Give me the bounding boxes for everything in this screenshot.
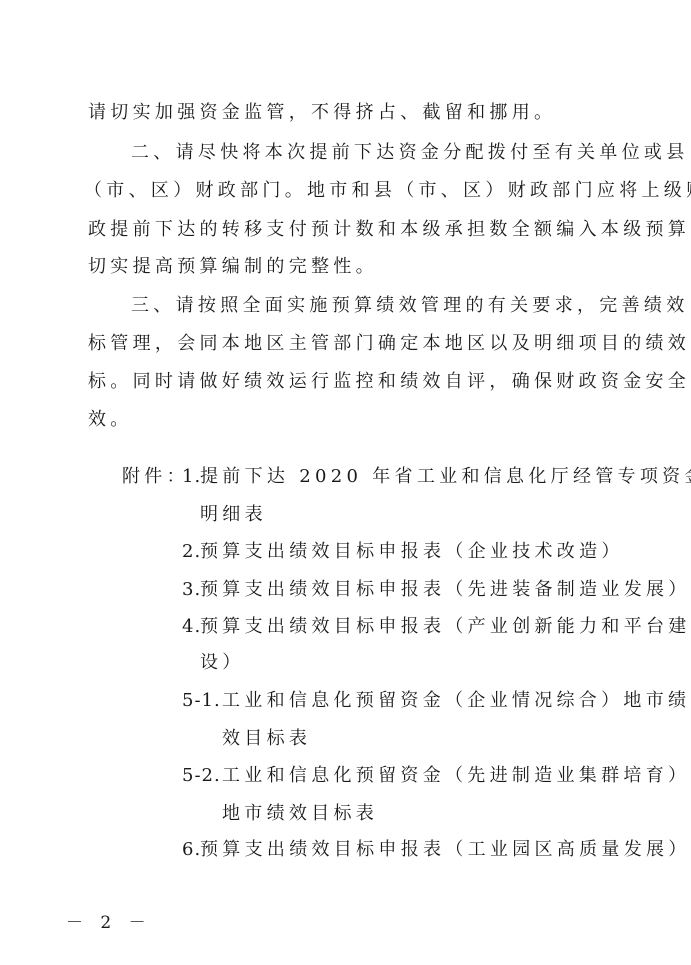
- body-line: 标管理，会同本地区主管部门确定本地区以及明细项目的绩效目: [88, 333, 691, 355]
- attachment-number[interactable]: 5-1.: [182, 690, 221, 712]
- attachment-number[interactable]: 4.: [182, 616, 201, 638]
- document-page: 请切实加强资金监管，不得挤占、截留和挪用。 二、请尽快将本次提前下达资金分配拨付…: [0, 0, 691, 965]
- attachment-item-3[interactable]: 预算支出绩效目标申报表（先进装备制造业发展）: [200, 579, 691, 601]
- body-line: 效。: [88, 409, 133, 431]
- attachments-label: 附件：: [122, 466, 189, 488]
- body-line: 切实提高预算编制的完整性。: [88, 256, 378, 278]
- body-line: 请切实加强资金监管，不得挤占、截留和挪用。: [88, 102, 556, 124]
- attachment-item-5-1[interactable]: 工业和信息化预留资金（企业情况综合）地市绩: [222, 690, 690, 712]
- attachment-item-4-cont[interactable]: 设）: [200, 652, 245, 674]
- attachment-number[interactable]: 3.: [182, 579, 201, 601]
- attachment-number[interactable]: 2.: [182, 541, 201, 563]
- page-number: － 2 －: [66, 912, 152, 934]
- attachment-item-1-cont[interactable]: 明细表: [200, 504, 267, 526]
- attachment-number[interactable]: 1.: [182, 466, 201, 488]
- attachment-item-1[interactable]: 提前下达 2020 年省工业和信息化厅经管专项资金: [200, 466, 691, 488]
- attachment-item-6[interactable]: 预算支出绩效目标申报表（工业园区高质量发展）: [200, 839, 691, 861]
- attachment-item-4[interactable]: 预算支出绩效目标申报表（产业创新能力和平台建: [200, 616, 691, 638]
- attachment-item-2[interactable]: 预算支出绩效目标申报表（企业技术改造）: [200, 541, 624, 563]
- paragraph-three-start: 三、请按照全面实施预算绩效管理的有关要求，完善绩效目: [131, 295, 691, 317]
- body-line: 政提前下达的转移支付预计数和本级承担数全额编入本级预算，: [88, 219, 691, 241]
- paragraph-two-start: 二、请尽快将本次提前下达资金分配拨付至有关单位或县: [131, 142, 689, 164]
- attachment-item-5-2[interactable]: 工业和信息化预留资金（先进制造业集群培育）: [222, 765, 690, 787]
- body-line: （市、区）财政部门。地市和县（市、区）财政部门应将上级财: [84, 180, 691, 202]
- body-line: 标。同时请做好绩效运行监控和绩效自评，确保财政资金安全有: [88, 371, 691, 393]
- attachment-item-5-2-cont[interactable]: 地市绩效目标表: [222, 803, 378, 825]
- attachment-item-5-1-cont[interactable]: 效目标表: [222, 728, 311, 750]
- attachment-number[interactable]: 6.: [182, 839, 201, 861]
- attachment-number[interactable]: 5-2.: [182, 765, 221, 787]
